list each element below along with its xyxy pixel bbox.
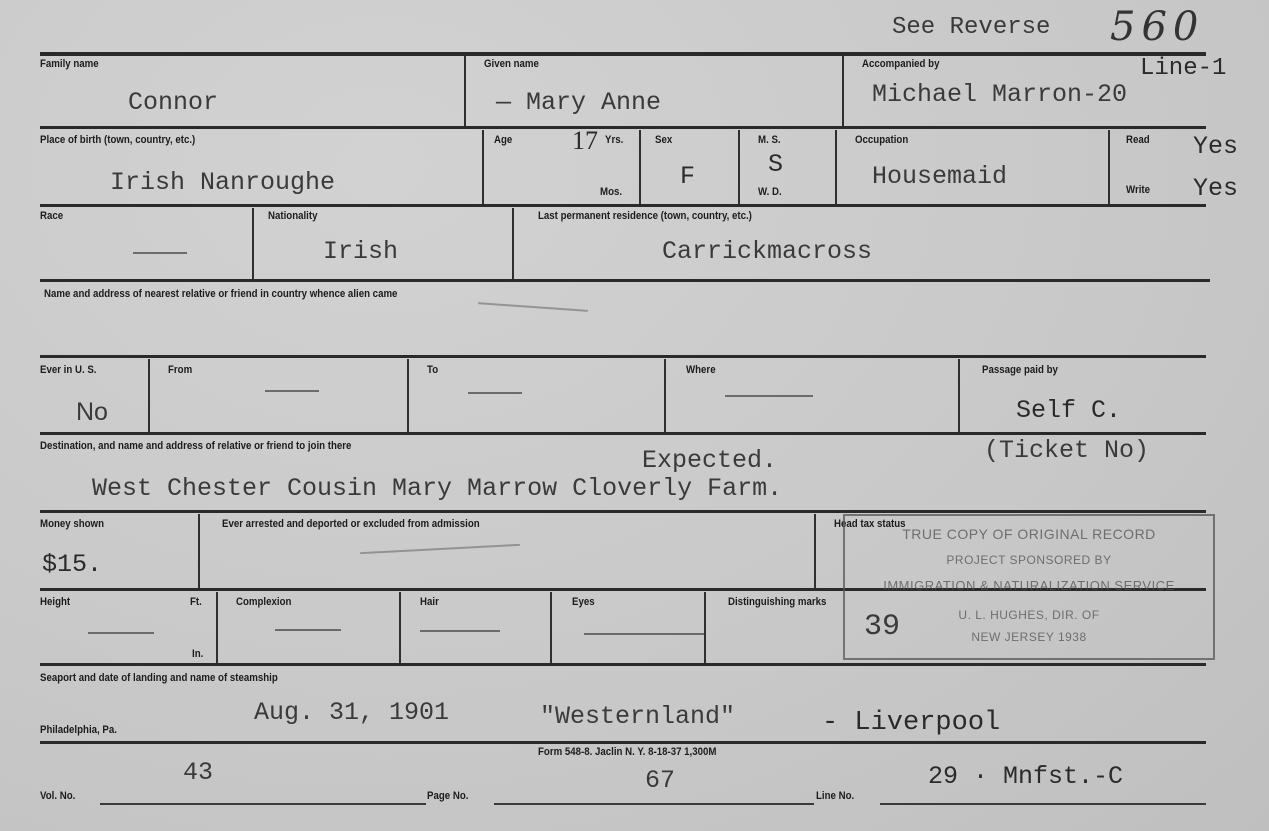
rule: [40, 663, 1206, 666]
rule: [40, 126, 1206, 129]
occupation-value: Housemaid: [872, 162, 1007, 191]
nearest-relative-label: Name and address of nearest relative or …: [44, 288, 397, 300]
height-label: Height: [40, 596, 70, 608]
destination-value: West Chester Cousin Mary Marrow Cloverly…: [92, 474, 782, 503]
rule: [40, 741, 1206, 744]
marital-status-label: M. S.: [758, 134, 781, 146]
line-note: Line-1: [1140, 55, 1226, 82]
age-years-value: 17: [572, 126, 598, 156]
rule: [40, 204, 1206, 207]
stray-mark: [478, 302, 588, 312]
line-no-value: 29 · Mnfst.-C: [928, 762, 1123, 791]
ever-in-us-value: No: [76, 398, 108, 427]
divider: [639, 130, 641, 204]
complexion-value-dash: [275, 629, 341, 631]
rule: [40, 52, 1206, 56]
money-shown-label: Money shown: [40, 518, 104, 530]
rule: [40, 510, 1206, 513]
write-label: Write: [1126, 184, 1150, 196]
to-label: To: [427, 364, 438, 376]
years-label: Yrs.: [605, 134, 623, 146]
months-label: Mos.: [600, 186, 622, 198]
destination-label: Destination, and name and address of rel…: [40, 440, 351, 452]
stamp-line: IMMIGRATION & NATURALIZATION SERVICE: [845, 578, 1213, 593]
divider: [198, 514, 200, 588]
divider: [835, 130, 837, 204]
ever-in-us-label: Ever in U. S.: [40, 364, 96, 376]
hair-label: Hair: [420, 596, 439, 608]
inches-label: In.: [192, 648, 203, 660]
divider: [512, 208, 514, 279]
given-name-label: Given name: [484, 58, 539, 70]
ever-arrested-value-dash: [360, 544, 520, 554]
divider: [664, 359, 666, 432]
departure-port: - Liverpool: [822, 708, 1000, 738]
sex-label: Sex: [655, 134, 672, 146]
passage-paid-by-label: Passage paid by: [982, 364, 1058, 376]
stamp-line: U. L. HUGHES, DIR. OF: [845, 608, 1213, 622]
marital-status-value: S: [768, 150, 783, 179]
passage-paid-by-value: Self C.: [1016, 396, 1121, 425]
steamship-name: "Westernland": [540, 702, 735, 731]
complexion-label: Complexion: [236, 596, 291, 608]
place-of-birth-value: Irish Nanroughe: [110, 168, 335, 197]
handwritten-card-number: 560: [1110, 4, 1204, 50]
ever-arrested-label: Ever arrested and deported or excluded f…: [222, 518, 480, 530]
distinguishing-marks-label: Distinguishing marks: [728, 596, 826, 608]
given-name-value: — Mary Anne: [496, 88, 661, 117]
marital-status-sublabel: W. D.: [758, 186, 782, 198]
divider: [252, 208, 254, 279]
divider: [407, 359, 409, 432]
family-name-label: Family name: [40, 58, 99, 70]
stamp-line: NEW JERSEY 1938: [845, 630, 1213, 644]
page-no-value: 67: [645, 766, 675, 795]
rule: [40, 279, 1210, 282]
divider: [464, 56, 466, 126]
divider: [216, 592, 218, 663]
seaport-label: Seaport and date of landing and name of …: [40, 672, 278, 684]
read-label: Read: [1126, 134, 1150, 146]
stamp-line: TRUE COPY OF ORIGINAL RECORD: [845, 526, 1213, 542]
to-value-dash: [468, 392, 522, 394]
age-label: Age: [494, 134, 512, 146]
race-value-dash: [133, 252, 187, 254]
rule: [40, 355, 1206, 358]
divider: [482, 130, 484, 204]
last-residence-label: Last permanent residence (town, country,…: [538, 210, 752, 222]
last-residence-value: Carrickmacross: [662, 237, 872, 266]
family-name-value: Connor: [128, 88, 218, 117]
vol-no-underline: [100, 803, 426, 805]
divider: [814, 514, 816, 588]
ticket-number-note: (Ticket No): [984, 436, 1149, 465]
landing-date: Aug. 31, 1901: [254, 698, 449, 727]
feet-label: Ft.: [190, 596, 202, 608]
divider: [148, 359, 150, 432]
line-no-label: Line No.: [816, 790, 854, 802]
divider: [399, 592, 401, 663]
nationality-label: Nationality: [268, 210, 317, 222]
where-label: Where: [686, 364, 716, 376]
occupation-label: Occupation: [855, 134, 908, 146]
stamp-line: PROJECT SPONSORED BY: [845, 553, 1213, 567]
true-copy-stamp: TRUE COPY OF ORIGINAL RECORD PROJECT SPO…: [843, 514, 1215, 660]
eyes-label: Eyes: [572, 596, 595, 608]
where-value-dash: [725, 395, 813, 397]
eyes-value-dash: [584, 633, 704, 635]
divider: [550, 592, 552, 663]
money-shown-value: $15.: [42, 550, 102, 579]
sex-value: F: [680, 162, 695, 191]
divider: [842, 56, 844, 126]
accompanied-by-value: Michael Marron-20: [872, 80, 1127, 109]
from-value-dash: [265, 390, 319, 392]
seaport-port: Philadelphia, Pa.: [40, 724, 117, 736]
vol-no-label: Vol. No.: [40, 790, 75, 802]
nationality-value: Irish: [323, 237, 398, 266]
read-value: Yes: [1193, 132, 1238, 161]
vol-no-value: 43: [183, 758, 213, 787]
rule: [40, 432, 1206, 435]
from-label: From: [168, 364, 192, 376]
height-value-dash: [88, 632, 154, 634]
divider: [738, 130, 740, 204]
page-no-label: Page No.: [427, 790, 468, 802]
hair-value-dash: [420, 630, 500, 632]
place-of-birth-label: Place of birth (town, country, etc.): [40, 134, 195, 146]
divider: [958, 359, 960, 432]
immigration-record-card: See Reverse 560 Line-1 Family name Conno…: [0, 0, 1269, 831]
write-value: Yes: [1193, 174, 1238, 203]
divider: [1108, 130, 1110, 204]
page-no-underline: [494, 803, 814, 805]
form-number: Form 548-8. Jaclin N. Y. 8-18-37 1,300M: [538, 746, 716, 758]
see-reverse-note: See Reverse: [892, 14, 1050, 41]
race-label: Race: [40, 210, 63, 222]
line-no-underline: [880, 803, 1206, 805]
accompanied-by-label: Accompanied by: [862, 58, 939, 70]
destination-note: Expected.: [642, 446, 777, 475]
divider: [704, 592, 706, 663]
